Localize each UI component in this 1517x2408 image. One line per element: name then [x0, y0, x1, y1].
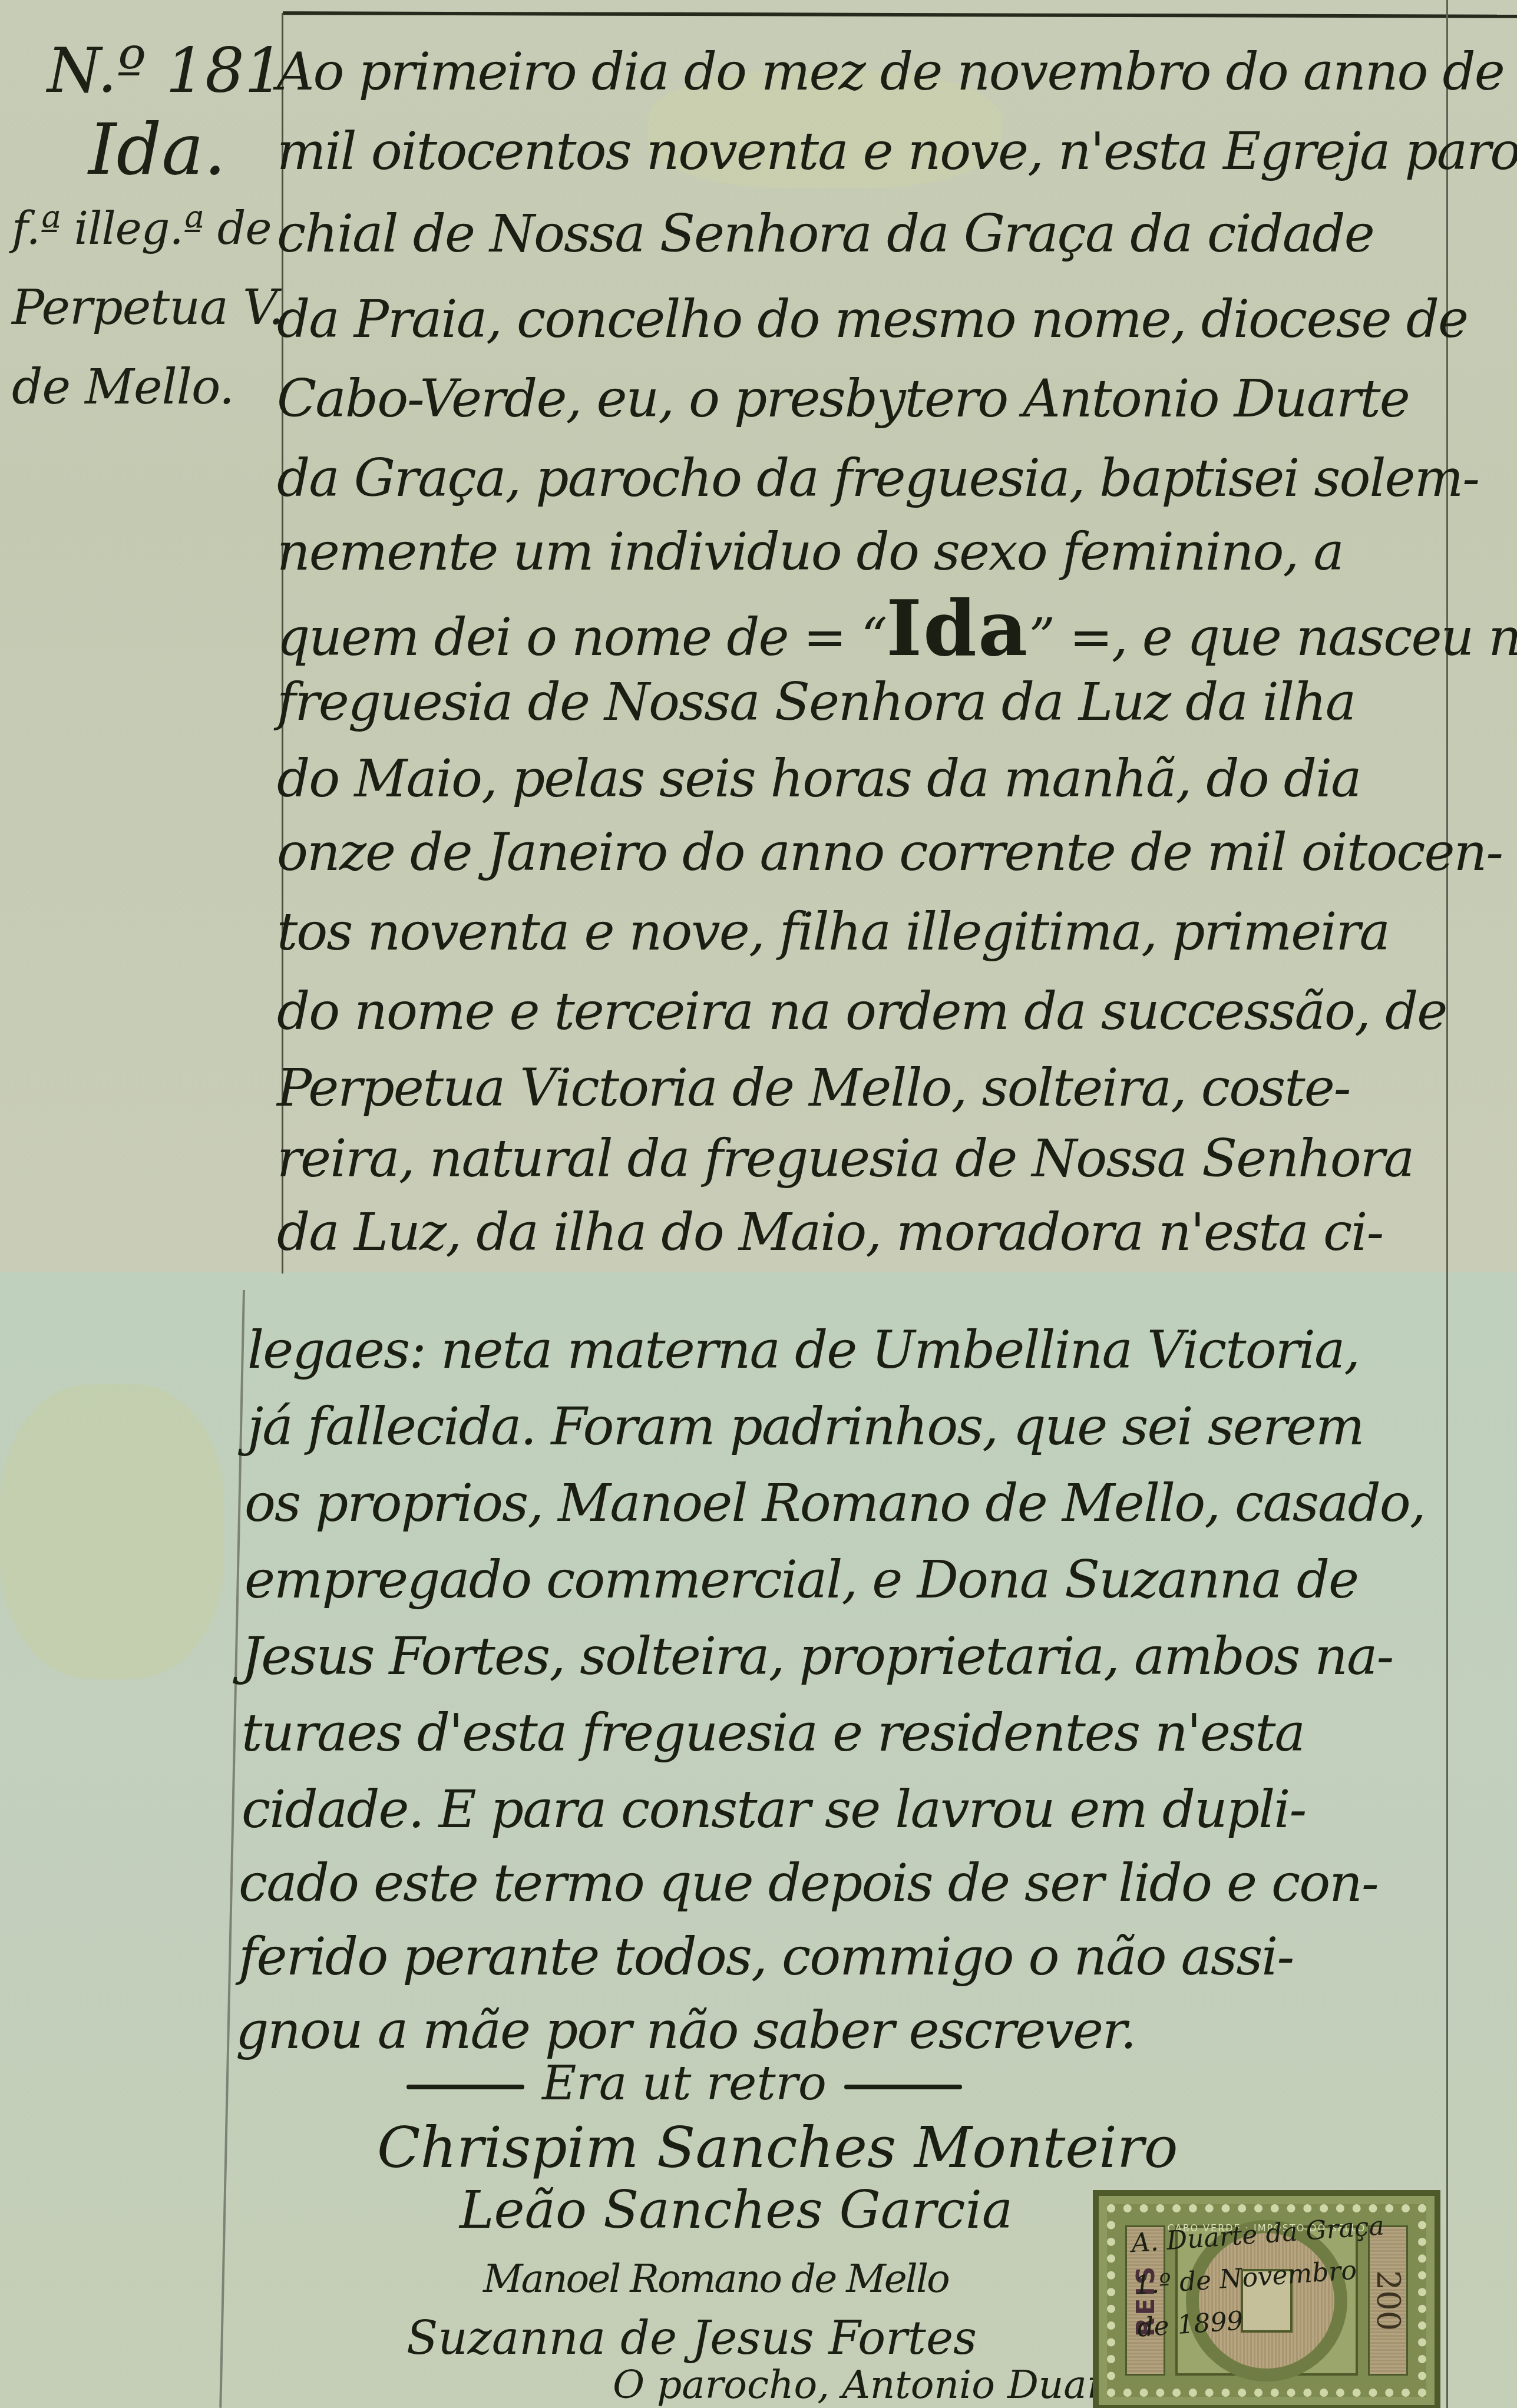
body-line: onze de Janeiro do anno corrente de mil … — [277, 822, 1502, 882]
body-line: da Luz, da ilha do Maio, moradora n'esta… — [277, 1202, 1383, 1262]
margin-mother-name: Perpetua V. — [12, 268, 271, 348]
baptized-name-highlight: Ida — [886, 583, 1029, 673]
body-line: reira, natural da freguesia de Nossa Sen… — [277, 1128, 1413, 1189]
body-line: ferido perante todos, commigo o não assi… — [239, 1926, 1293, 1987]
body-line: gnou a mãe por não saber escrever. — [236, 2000, 1135, 2060]
body-line: do nome e terceira na ordem da successão… — [277, 981, 1446, 1041]
signature-godmother: Suzanna de Jesus Fortes — [406, 2312, 977, 2365]
body-line: os proprios, Manoel Romano de Mello, cas… — [244, 1473, 1425, 1533]
body-line: empregado commercial, e Dona Suzanna de — [244, 1549, 1358, 1610]
margin-mother-surname: de Mello. — [12, 348, 271, 427]
body-line: tos noventa e nove, filha illegitima, pr… — [277, 901, 1389, 962]
name-outro: ” =, e que nasceu na — [1029, 607, 1517, 667]
signature-witness-1: Chrispim Sanches Monteiro — [377, 2115, 1178, 2181]
body-line-with-name: quem dei o nome de = “Ida” =, e que nasc… — [277, 583, 1517, 673]
body-line: freguesia de Nossa Senhora da Luz da ilh… — [277, 672, 1355, 732]
body-line: Perpetua Victoria de Mello, solteira, co… — [277, 1057, 1350, 1118]
body-line: da Graça, parocho da freguesia, baptisei… — [277, 448, 1479, 508]
margin-filiation: f.ª illeg.ª de — [12, 188, 271, 268]
body-line: da Praia, concelho do mesmo nome, dioces… — [277, 289, 1468, 349]
revenue-stamp: REIS CABO VERDE · IMPOSTO DO SELLO 200 A… — [1093, 2190, 1440, 2408]
body-line: Cabo-Verde, eu, o presbytero Antonio Dua… — [277, 368, 1409, 429]
signature-godfather: Manoel Romano de Mello — [483, 2256, 948, 2301]
dash-left — [406, 2085, 524, 2089]
record-number: N.º 181 — [47, 29, 271, 112]
body-line: cado este termo que depois de ser lido e… — [239, 1853, 1378, 1913]
body-line: legaes: neta materna de Umbellina Victor… — [247, 1319, 1359, 1380]
name-intro: quem dei o nome de = “ — [277, 607, 886, 667]
body-line: já fallecida. Foram padrinhos, que sei s… — [247, 1396, 1364, 1457]
body-line: nemente um individuo do sexo feminino, a — [277, 521, 1343, 582]
stamp-cancellation: A. Duarte da Graça 1.º de Novembro de 18… — [1130, 2205, 1392, 2349]
body-line: do Maio, pelas seis horas da manhã, do d… — [277, 748, 1361, 809]
paper-stain — [0, 1384, 224, 1679]
baptized-name: Ida. — [88, 112, 271, 188]
era-ut-retro-text: Era ut retro — [542, 2056, 827, 2111]
era-ut-retro: Era ut retro — [389, 2056, 980, 2111]
right-margin-line — [1446, 0, 1448, 2408]
dash-right — [844, 2085, 962, 2089]
margin-annotation: N.º 181 Ida. f.ª illeg.ª de Perpetua V. … — [12, 29, 271, 427]
signature-witness-2: Leão Sanches Garcia — [460, 2179, 1013, 2240]
body-line: mil oitocentos noventa e nove, n'esta Eg… — [277, 121, 1517, 181]
body-line: Ao primeiro dia do mez de novembro do an… — [277, 41, 1504, 102]
body-line: chial de Nossa Senhora da Graça da cidad… — [277, 203, 1374, 264]
body-line: turaes d'esta freguesia e residentes n'e… — [242, 1702, 1304, 1763]
body-line: cidade. E para constar se lavrou em dupl… — [242, 1779, 1306, 1840]
body-line: Jesus Fortes, solteira, proprietaria, am… — [242, 1626, 1393, 1686]
